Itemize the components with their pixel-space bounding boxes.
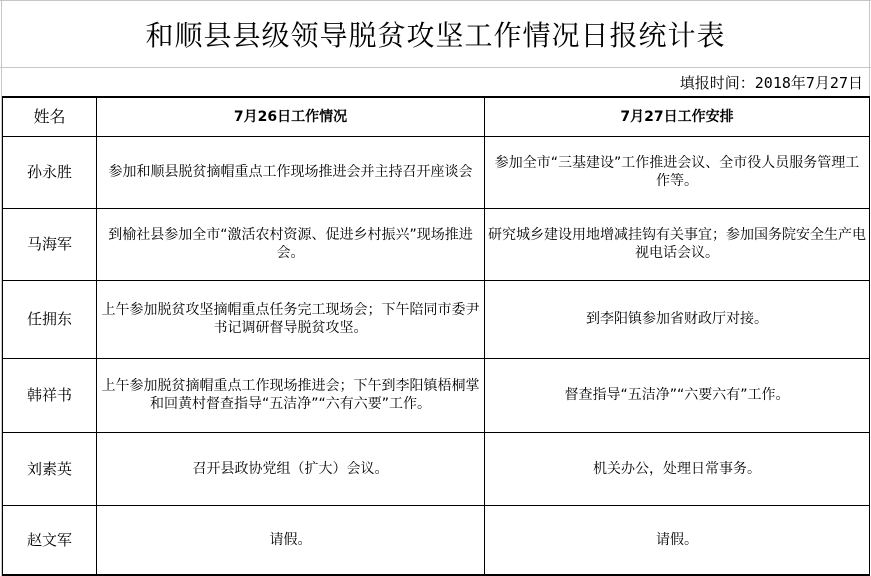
name-cell: 韩祥书 (3, 358, 97, 432)
table-row: 孙永胜 参加和顺县脱贫摘帽重点工作现场推进会并主持召开座谈会 参加全市“三基建设… (3, 136, 870, 208)
jul27-cell: 参加全市“三基建设”工作推进会议、全市役人员服务管理工作等。 (485, 136, 870, 208)
table-header-row: 姓名 7月26日工作情况 7月27日工作安排 (3, 97, 870, 136)
jul26-cell: 请假。 (97, 505, 485, 575)
header-jul27: 7月27日工作安排 (485, 97, 870, 136)
header-jul26: 7月26日工作情况 (97, 97, 485, 136)
jul27-cell: 请假。 (485, 505, 870, 575)
fill-time-label: 填报时间： (680, 72, 755, 93)
jul26-cell: 上午参加脱贫摘帽重点工作现场推进会；下午到李阳镇梧桐掌和回黄村督查指导“五洁净”… (97, 358, 485, 432)
jul26-cell: 上午参加脱贫攻坚摘帽重点任务完工现场会；下午陪同市委尹书记调研督导脱贫攻坚。 (97, 280, 485, 358)
jul26-cell: 参加和顺县脱贫摘帽重点工作现场推进会并主持召开座谈会 (97, 136, 485, 208)
fill-time: 填报时间： 2018年7月27日 (0, 68, 863, 96)
report-sheet: 和顺县县级领导脱贫攻坚工作情况日报统计表 填报时间： 2018年7月27日 姓名… (0, 0, 871, 576)
table-row: 刘素英 召开县政协党组（扩大）会议。 机关办公，处理日常事务。 (3, 432, 870, 505)
table-row: 韩祥书 上午参加脱贫摘帽重点工作现场推进会；下午到李阳镇梧桐掌和回黄村督查指导“… (3, 358, 870, 432)
name-cell: 任拥东 (3, 280, 97, 358)
table-row: 任拥东 上午参加脱贫攻坚摘帽重点任务完工现场会；下午陪同市委尹书记调研督导脱贫攻… (3, 280, 870, 358)
header-name: 姓名 (3, 97, 97, 136)
page-title: 和顺县县级领导脱贫攻坚工作情况日报统计表 (0, 1, 871, 67)
name-cell: 刘素英 (3, 432, 97, 505)
jul27-cell: 研究城乡建设用地增减挂钩有关事宜；参加国务院安全生产电视电话会议。 (485, 208, 870, 280)
jul27-cell: 机关办公，处理日常事务。 (485, 432, 870, 505)
table-row: 赵文军 请假。 请假。 (3, 505, 870, 575)
fill-time-value: 2018年7月27日 (755, 72, 863, 93)
report-table: 姓名 7月26日工作情况 7月27日工作安排 孙永胜 参加和顺县脱贫摘帽重点工作… (2, 96, 870, 576)
jul27-cell: 督查指导“五洁净”“六要六有”工作。 (485, 358, 870, 432)
name-cell: 赵文军 (3, 505, 97, 575)
table-row: 马海军 到榆社县参加全市“激活农村资源、促进乡村振兴”现场推进会。 研究城乡建设… (3, 208, 870, 280)
jul27-cell: 到李阳镇参加省财政厅对接。 (485, 280, 870, 358)
jul26-cell: 召开县政协党组（扩大）会议。 (97, 432, 485, 505)
name-cell: 马海军 (3, 208, 97, 280)
jul26-cell: 到榆社县参加全市“激活农村资源、促进乡村振兴”现场推进会。 (97, 208, 485, 280)
name-cell: 孙永胜 (3, 136, 97, 208)
